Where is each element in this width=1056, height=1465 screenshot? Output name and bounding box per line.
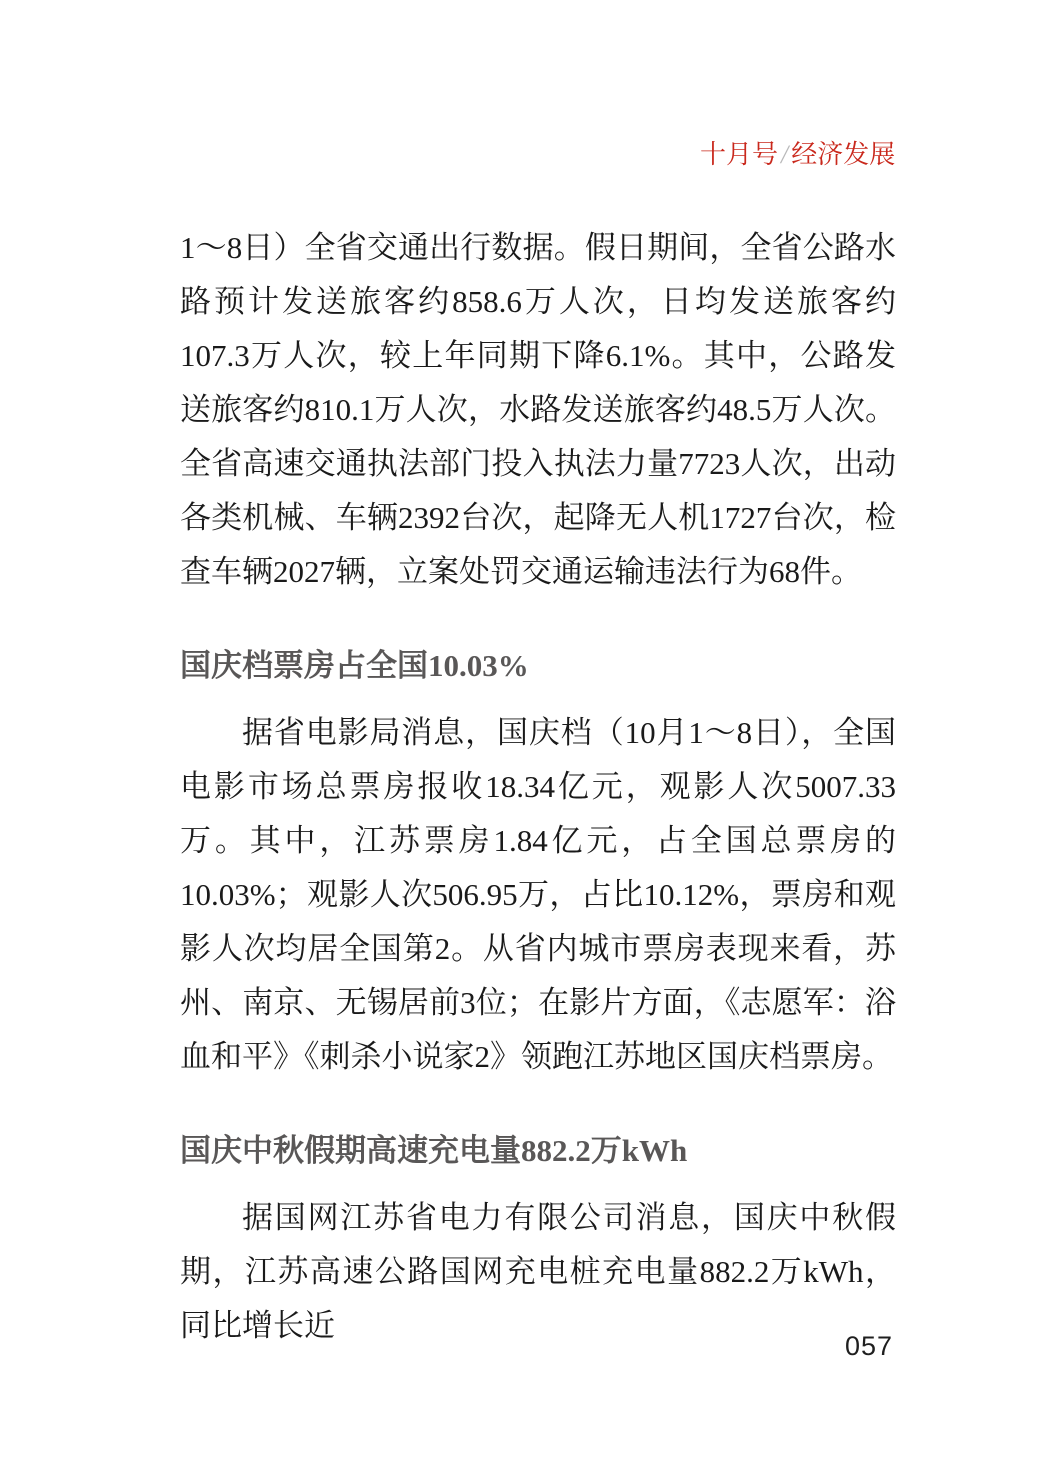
paragraph-ev-charging: 据国网江苏省电力有限公司消息，国庆中秋假期，江苏高速公路国网充电桩充电量882.… xyxy=(180,1191,896,1353)
page-body: 1～8日）全省交通出行数据。假日期间，全省公路水路预计发送旅客约858.6万人次… xyxy=(180,221,896,1353)
paragraph-traffic-data: 1～8日）全省交通出行数据。假日期间，全省公路水路预计发送旅客约858.6万人次… xyxy=(180,221,896,599)
heading-box-office: 国庆档票房占全国10.03% xyxy=(180,643,896,689)
paragraph-box-office: 据省电影局消息，国庆档（10月1～8日），全国电影市场总票房报收18.34亿元，… xyxy=(180,706,896,1084)
page-header: 十月号/经济发展 xyxy=(700,139,895,171)
document-page: 十月号/经济发展 1～8日）全省交通出行数据。假日期间，全省公路水路预计发送旅客… xyxy=(0,0,1056,1465)
heading-ev-charging: 国庆中秋假期高速充电量882.2万kWh xyxy=(180,1128,896,1174)
page-number: 057 xyxy=(845,1330,893,1362)
header-separator: / xyxy=(778,140,791,169)
header-issue-label: 十月号 xyxy=(700,140,778,169)
header-section-label: 经济发展 xyxy=(791,140,895,169)
